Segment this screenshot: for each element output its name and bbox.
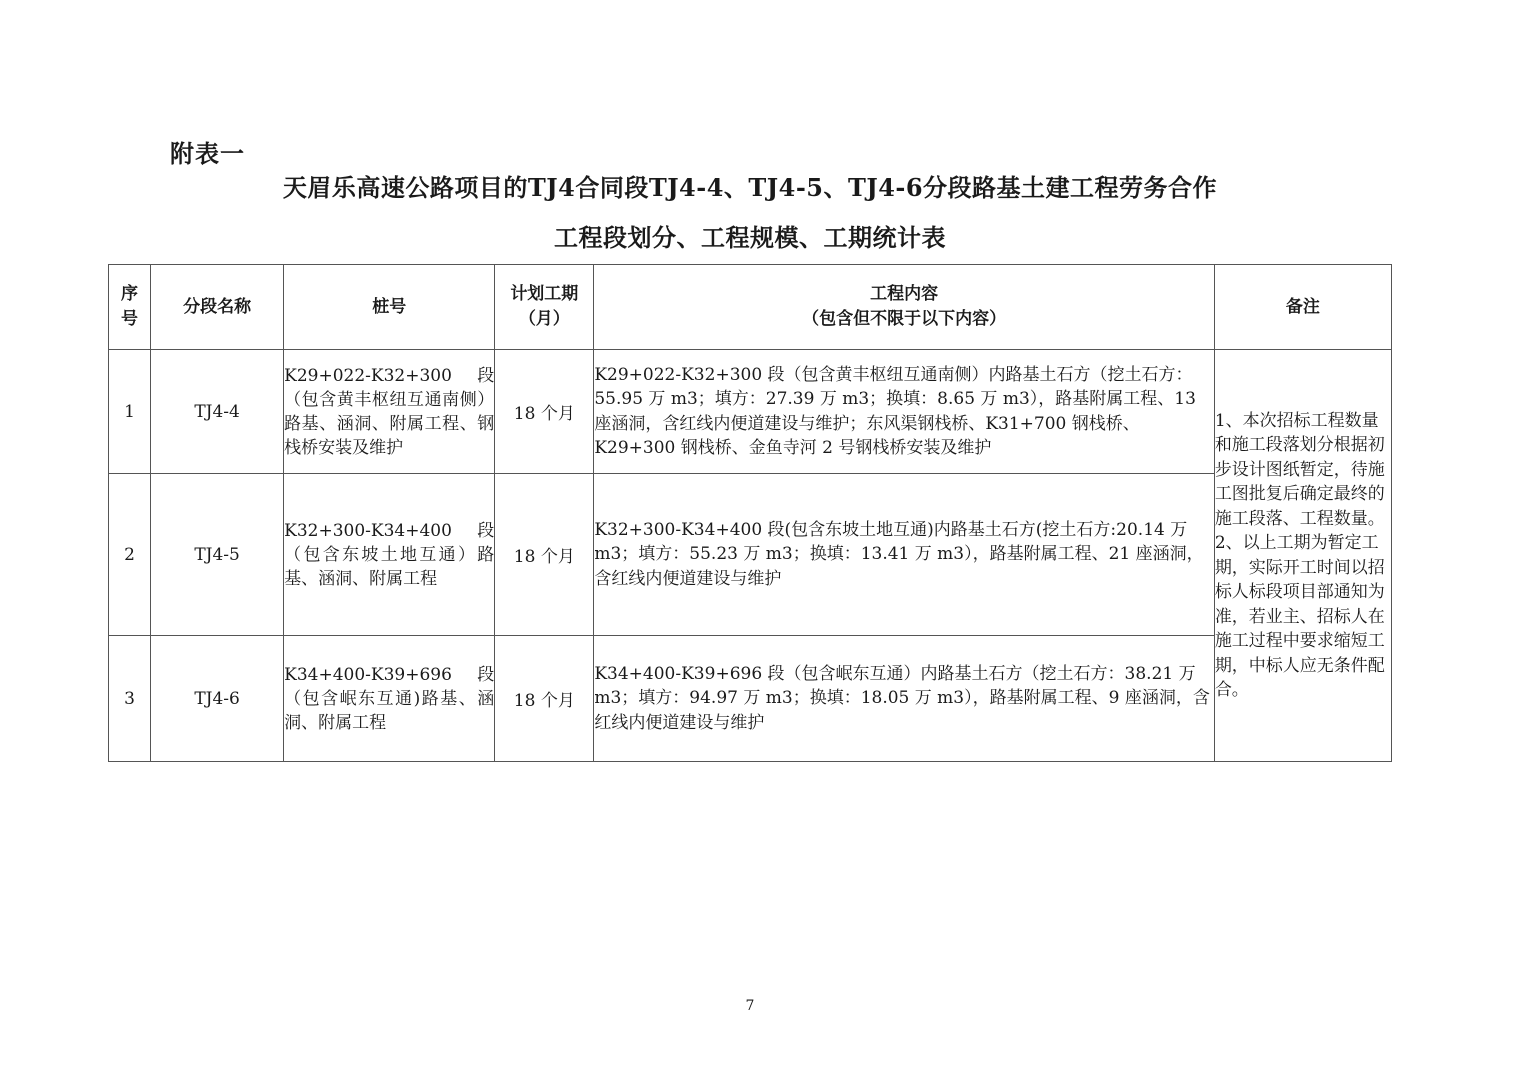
- cell-planned-period: 18 个月: [495, 474, 594, 636]
- pile-suffix: 段: [477, 519, 494, 543]
- table-row: 1 TJ4-4 K29+022-K32+300 段 （包含黄丰枢纽互通南侧）路基…: [109, 350, 1392, 474]
- pile-first-line: K32+300-K34+400 段: [284, 519, 494, 543]
- pile-description: （包含东坡土地互通）路基、涵洞、附属工程: [284, 543, 494, 591]
- header-content: 工程内容 （包含但不限于以下内容）: [594, 265, 1214, 350]
- pile-first-line: K34+400-K39+696 段: [284, 663, 494, 687]
- header-index-label: 序号: [120, 282, 140, 332]
- header-content-line1: 工程内容: [594, 282, 1213, 307]
- header-remarks: 备注: [1214, 265, 1391, 350]
- header-index: 序号: [109, 265, 151, 350]
- pile-description: （包含黄丰枢纽互通南侧）路基、涵洞、附属工程、钢栈桥安装及维护: [284, 388, 494, 460]
- appendix-label: 附表一: [170, 134, 245, 169]
- pile-range: K32+300-K34+400: [284, 519, 452, 543]
- header-planned-period-line2: （月）: [495, 307, 593, 332]
- cell-content: K34+400-K39+696 段（包含岷东互通）内路基土石方（挖土石方：38.…: [594, 636, 1214, 762]
- cell-planned-period: 18 个月: [495, 350, 594, 474]
- header-planned-period: 计划工期 （月）: [495, 265, 594, 350]
- cell-pile-number: K32+300-K34+400 段 （包含东坡土地互通）路基、涵洞、附属工程: [284, 474, 495, 636]
- table-row: 3 TJ4-6 K34+400-K39+696 段 （包含岷东互通)路基、涵洞、…: [109, 636, 1392, 762]
- pile-description: （包含岷东互通)路基、涵洞、附属工程: [284, 687, 494, 735]
- cell-pile-number: K34+400-K39+696 段 （包含岷东互通)路基、涵洞、附属工程: [284, 636, 495, 762]
- table-row: 2 TJ4-5 K32+300-K34+400 段 （包含东坡土地互通）路基、涵…: [109, 474, 1392, 636]
- cell-index: 3: [109, 636, 151, 762]
- cell-planned-period: 18 个月: [495, 636, 594, 762]
- document-title-line-1: 天眉乐高速公路项目的TJ4合同段TJ4-4、TJ4-5、TJ4-6分段路基土建工…: [0, 168, 1500, 203]
- page-number: 7: [0, 998, 1500, 1014]
- header-pile-number: 桩号: [284, 265, 495, 350]
- pile-first-line: K29+022-K32+300 段: [284, 364, 494, 388]
- header-segment-name: 分段名称: [151, 265, 284, 350]
- segment-statistics-table: 序号 分段名称 桩号 计划工期 （月） 工程内容 （包含但不限于以下内容） 备注…: [108, 264, 1392, 762]
- document-title-line-2: 工程段划分、工程规模、工期统计表: [0, 218, 1500, 253]
- cell-content: K32+300-K34+400 段(包含东坡土地互通)内路基土石方(挖土石方:2…: [594, 474, 1214, 636]
- cell-remarks: 1、本次招标工程数量和施工段落划分根据初步设计图纸暂定，待施工图批复后确定最终的…: [1214, 350, 1391, 762]
- pile-suffix: 段: [477, 663, 494, 687]
- header-content-line2: （包含但不限于以下内容）: [594, 307, 1213, 332]
- cell-segment-name: TJ4-4: [151, 350, 284, 474]
- cell-index: 2: [109, 474, 151, 636]
- pile-range: K34+400-K39+696: [284, 663, 452, 687]
- cell-index: 1: [109, 350, 151, 474]
- pile-range: K29+022-K32+300: [284, 364, 452, 388]
- table-header-row: 序号 分段名称 桩号 计划工期 （月） 工程内容 （包含但不限于以下内容） 备注: [109, 265, 1392, 350]
- cell-segment-name: TJ4-5: [151, 474, 284, 636]
- cell-segment-name: TJ4-6: [151, 636, 284, 762]
- pile-suffix: 段: [477, 364, 494, 388]
- cell-pile-number: K29+022-K32+300 段 （包含黄丰枢纽互通南侧）路基、涵洞、附属工程…: [284, 350, 495, 474]
- header-planned-period-line1: 计划工期: [495, 282, 593, 307]
- cell-content: K29+022-K32+300 段（包含黄丰枢纽互通南侧）内路基土石方（挖土石方…: [594, 350, 1214, 474]
